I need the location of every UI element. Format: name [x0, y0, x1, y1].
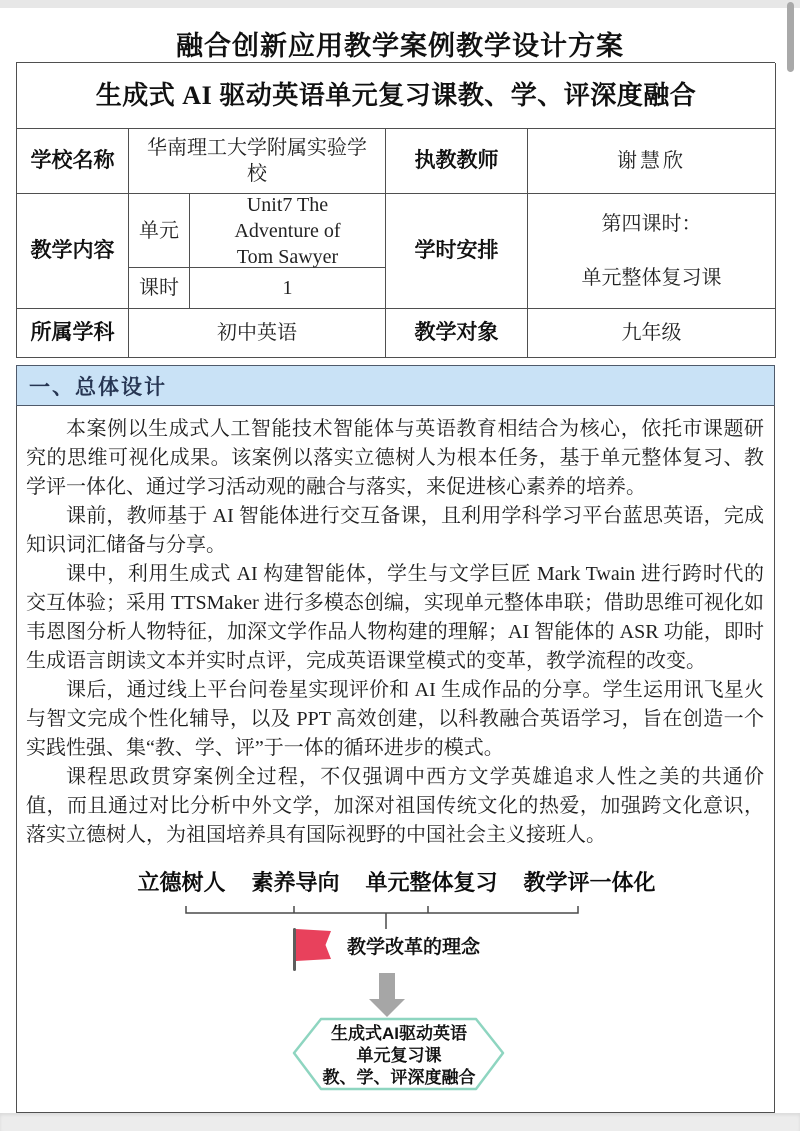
schedule-line-1: 第四课时：	[602, 211, 702, 237]
red-flag-icon	[293, 928, 331, 971]
hexagon-shape: 生成式AI驱动英语 单元复习课 教、学、评深度融合	[294, 1019, 503, 1089]
brace-connector-icon	[186, 906, 578, 929]
overview-body: 本案例以生成式人工智能技术智能体与英语教育相结合为核心，依托市课题研究的思维可视…	[16, 406, 775, 1113]
school-name-label: 学校名称	[17, 129, 129, 194]
keyword: 单元整体复习	[366, 866, 498, 897]
school-name-value: 华南理工大学附属实验学校	[129, 129, 386, 194]
subject-label: 所属学科	[17, 309, 129, 358]
schedule-line-2: 单元整体复习课	[582, 265, 722, 291]
info-table: 生成式 AI 驱动英语单元复习课教、学、评深度融合 学校名称 华南理工大学附属实…	[16, 62, 775, 358]
lesson-label: 课时	[129, 268, 190, 309]
unit-label: 单元	[129, 194, 190, 268]
audience-label: 教学对象	[386, 309, 528, 358]
section-bar: 一、总体设计	[16, 365, 775, 406]
teacher-value: 谢慧欣	[528, 129, 776, 194]
lesson-value: 1	[190, 268, 386, 309]
hexagon-line-1: 生成式AI驱动英语	[331, 1023, 467, 1043]
schedule-label: 学时安排	[386, 194, 528, 309]
subject-value: 初中英语	[129, 309, 386, 358]
teaching-content-label: 教学内容	[17, 194, 129, 309]
keywords-row: 立德树人 素养导向 单元整体复习 教学评一体化	[17, 866, 776, 897]
overview-paragraphs: 本案例以生成式人工智能技术智能体与英语教育相结合为核心，依托市课题研究的思维可视…	[17, 406, 774, 850]
paragraph: 本案例以生成式人工智能技术智能体与英语教育相结合为核心，依托市课题研究的思维可视…	[26, 415, 764, 502]
table-title: 生成式 AI 驱动英语单元复习课教、学、评深度融合	[17, 63, 776, 129]
unit-value: Unit7 The Adventure of Tom Sawyer	[190, 194, 386, 268]
hexagon-line-3: 教、学、评深度融合	[323, 1067, 476, 1087]
document-page: 融合创新应用教学案例教学设计方案 生成式 AI 驱动英语单元复习课教、学、评深度…	[0, 0, 800, 1131]
paragraph: 课前，教师基于 AI 智能体进行交互备课，且利用学科学习平台蓝思英语，完成知识词…	[26, 502, 764, 560]
page-title: 融合创新应用教学案例教学设计方案	[0, 24, 800, 63]
schedule-value: 第四课时： 单元整体复习课	[528, 194, 776, 309]
hexagon-line-2: 单元复习课	[357, 1045, 442, 1065]
section-heading: 一、总体设计	[29, 371, 167, 401]
audience-value: 九年级	[528, 309, 776, 358]
keyword: 素养导向	[251, 866, 339, 897]
keyword: 立德树人	[137, 866, 225, 897]
keyword: 教学评一体化	[524, 866, 656, 897]
paragraph: 课程思政贯穿案例全过程，不仅强调中西方文学英雄追求人性之美的共通价值，而且通过对…	[26, 763, 764, 850]
flag-label: 教学改革的理念	[347, 935, 481, 958]
paragraph: 课后，通过线上平台问卷星实现评价和 AI 生成作品的分享。学生运用讯飞星火与智文…	[26, 676, 764, 763]
down-arrow-icon	[369, 973, 405, 1017]
top-edge-strip	[0, 0, 800, 8]
bottom-edge-strip	[0, 1113, 800, 1131]
concept-diagram: 教学改革的理念 生成式AI驱动英语 单元复习课 教、学、评深度融合	[17, 905, 776, 1097]
paragraph: 课中，利用生成式 AI 构建智能体，学生与文学巨匠 Mark Twain 进行跨…	[26, 560, 764, 676]
teacher-label: 执教教师	[386, 129, 528, 194]
